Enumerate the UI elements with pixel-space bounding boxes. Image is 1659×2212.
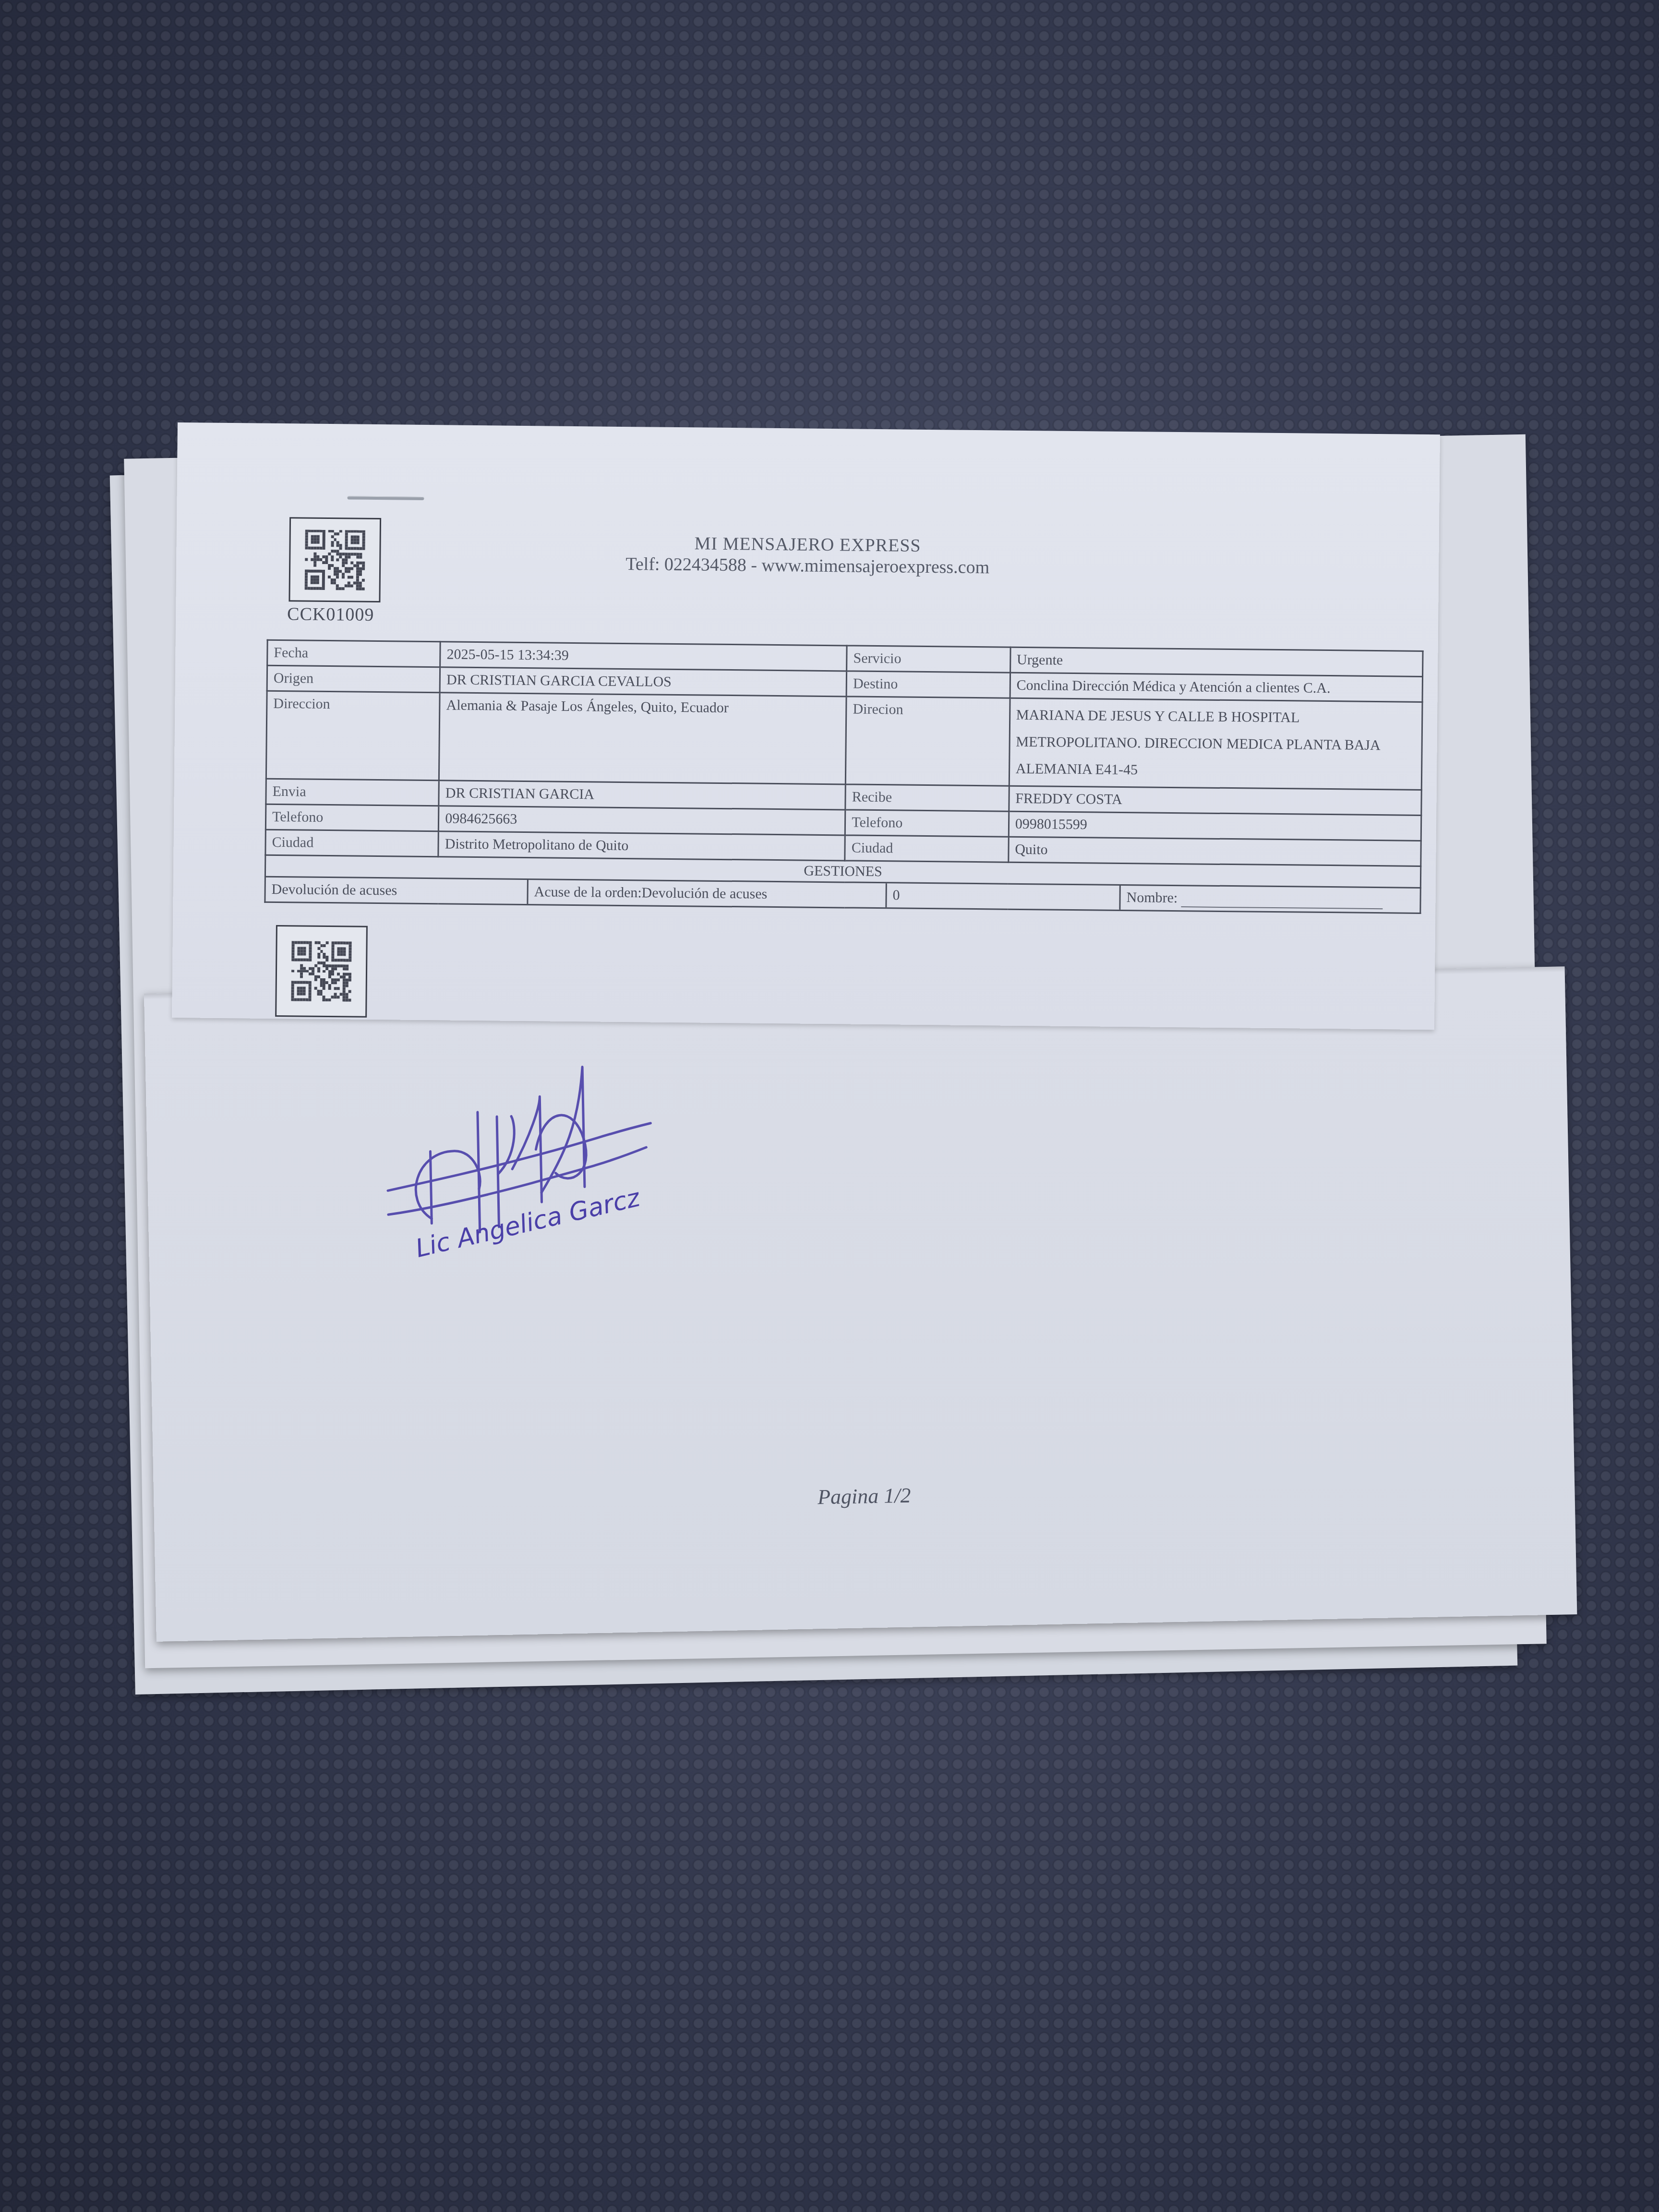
paper-sheet-lower: Lic Angelica Garcz Pagina 1/2 [144, 966, 1577, 1642]
field-value: Urgente [1010, 647, 1423, 676]
table-row: DireccionAlemania & Pasaje Los Ángeles, … [266, 691, 1422, 790]
field-value: Conclina Dirección Médica y Atención a c… [1010, 673, 1423, 702]
paper-sheet-upper: CCK01009 MI MENSAJERO EXPRESS Telf: 0224… [172, 422, 1440, 1030]
field-label: Destino [846, 671, 1010, 698]
field-label: Envia [266, 779, 439, 805]
tracking-code: CCK01009 [287, 603, 374, 625]
field-label: Telefono [845, 810, 1009, 837]
name-label: Nombre: [1126, 890, 1178, 906]
field-value: DR CRISTIAN GARCIA [439, 781, 845, 810]
staple-icon [347, 496, 424, 500]
field-label: Origen [267, 665, 440, 692]
field-label: Direcion [846, 697, 1010, 786]
handwritten-signature: Lic Angelica Garcz [356, 1024, 793, 1282]
page-number: Pagina 1/2 [154, 1470, 1575, 1522]
gestion-type: Devolución de acuses [265, 878, 528, 904]
field-label: Direccion [266, 691, 440, 780]
field-value: Quito [1009, 837, 1421, 866]
field-value: FREDDY COSTA [1009, 786, 1422, 815]
field-value: DR CRISTIAN GARCIA CEVALLOS [440, 667, 846, 697]
field-label: Servicio [847, 646, 1010, 673]
shipment-table: Fecha2025-05-15 13:34:39ServicioUrgenteO… [264, 639, 1423, 914]
field-label: Ciudad [265, 829, 439, 856]
gestion-name-field: Nombre: [1120, 886, 1420, 913]
field-value: 0998015599 [1009, 811, 1421, 841]
field-value: Distrito Metropolitano de Quito [438, 831, 845, 861]
name-blank-line [1181, 893, 1383, 909]
qr-code-icon [275, 925, 368, 1018]
field-label: Fecha [267, 640, 441, 667]
svg-text:Lic Angelica Garcz: Lic Angelica Garcz [413, 1183, 643, 1263]
gestion-description: Acuse de la orden:Devolución de acuses [528, 880, 886, 907]
field-value: MARIANA DE JESUS Y CALLE B HOSPITAL METR… [1009, 698, 1422, 790]
field-label: Ciudad [845, 835, 1009, 862]
field-value: 0984625663 [439, 806, 845, 835]
field-label: Recibe [845, 784, 1009, 811]
gestion-count: 0 [886, 883, 1120, 910]
field-value: 2025-05-15 13:34:39 [440, 642, 847, 671]
field-label: Telefono [265, 804, 439, 831]
field-value: Alemania & Pasaje Los Ángeles, Quito, Ec… [439, 693, 847, 784]
